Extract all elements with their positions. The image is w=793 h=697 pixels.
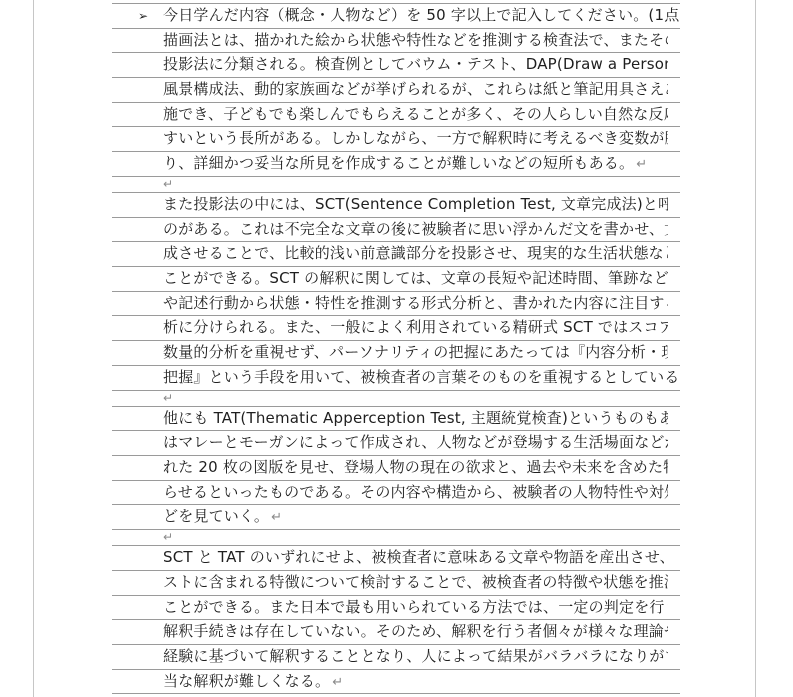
document-line[interactable]: 成させることで、比較的浅い前意識部分を投影させ、現実的な生活状態などを見る	[112, 242, 680, 267]
document-line[interactable]: ことができる。また日本で最も用いられている方法では、一定の判定を行うための	[112, 596, 680, 621]
document-line[interactable]: り、詳細かつ妥当な所見を作成することが難しいなどの短所もある。↵	[112, 152, 680, 177]
line-text: 投影法に分類される。検査例としてバウム・テスト、DAP(Draw a Perso…	[163, 53, 668, 76]
line-text: のがある。これは不完全な文章の後に被験者に思い浮かんだ文を書かせ、文章を完	[163, 218, 668, 241]
document-line[interactable]: れた 20 枚の図版を見せ、登場人物の現在の欲求と、過去や未来を含めた物語を語	[112, 456, 680, 481]
document-line[interactable]: SCT と TAT のいずれにせよ、被検査者に意味ある文章や物語を産出させ、その…	[112, 546, 680, 571]
return-mark-icon: ↵	[636, 157, 647, 172]
line-text: や記述行動から状態・特性を推測する形式分析と、書かれた内容に注目する内容分	[163, 292, 668, 315]
line-text: SCT と TAT のいずれにせよ、被検査者に意味ある文章や物語を産出させ、その…	[163, 546, 668, 569]
line-text: 数量的分析を重視せず、パーソナリティの把握にあたっては『内容分析・現象学的	[163, 341, 668, 364]
document-line[interactable]: 解釈手続きは存在していない。そのため、解釈を行う者個々が様々な理論や観点、	[112, 620, 680, 645]
document-line[interactable]: 他にも TAT(Thematic Apperception Test, 主題統覚…	[112, 407, 680, 432]
line-text: 他にも TAT(Thematic Apperception Test, 主題統覚…	[163, 407, 668, 430]
return-mark-icon: ↵	[163, 530, 173, 544]
line-text: ストに含まれる特徴について検討することで、被検査者の特徴や状態を推測する	[163, 571, 668, 594]
document-line[interactable]: 経験に基づいて解釈することとなり、人によって結果がバラバラになりがちで、妥	[112, 645, 680, 670]
empty-line[interactable]: ↵	[112, 530, 680, 546]
line-text: 施でき、子どもでも楽しんでもらえることが多く、その人らしい自然な反応が出や	[163, 103, 668, 126]
line-text: 当な解釈が難しくなる。	[163, 670, 330, 693]
return-mark-icon: ↵	[332, 675, 343, 690]
line-text: どを見ていく。	[163, 505, 269, 528]
line-text: 今日学んだ内容（概念・人物など）を 50 字以上で記入してください。(1点)	[163, 4, 680, 27]
line-text: らせるといったものである。その内容や構造から、被験者の人物特性や対処法略な	[163, 481, 668, 504]
line-text: はマレーとモーガンによって作成され、人物などが登場する生活場面などが描か	[163, 431, 668, 454]
document-line[interactable]: 把握』という手段を用いて、被検査者の言葉そのものを重視するとしている。↵	[112, 366, 680, 391]
document-page: ➢今日学んだ内容（概念・人物など）を 50 字以上で記入してください。(1点)↵…	[0, 0, 793, 697]
document-line[interactable]: のがある。これは不完全な文章の後に被験者に思い浮かんだ文を書かせ、文章を完	[112, 218, 680, 243]
line-text: ことができる。また日本で最も用いられている方法では、一定の判定を行うための	[163, 596, 668, 619]
return-mark-icon: ↵	[163, 177, 173, 191]
document-line[interactable]: らせるといったものである。その内容や構造から、被験者の人物特性や対処法略な	[112, 481, 680, 506]
document-line-prompt[interactable]: ➢今日学んだ内容（概念・人物など）を 50 字以上で記入してください。(1点)↵	[112, 4, 680, 29]
line-text: 解釈手続きは存在していない。そのため、解釈を行う者個々が様々な理論や観点、	[163, 620, 668, 643]
line-text: 描画法とは、描かれた絵から状態や特性などを推測する検査法で、またその多くは	[163, 29, 668, 52]
left-margin-guide	[33, 0, 34, 697]
line-text: また投影法の中には、SCT(Sentence Completion Test, …	[163, 193, 668, 216]
arrow-bullet-icon: ➢	[138, 5, 148, 28]
line-text: 把握』という手段を用いて、被検査者の言葉そのものを重視するとしている。	[163, 366, 680, 389]
return-mark-icon: ↵	[163, 391, 173, 405]
document-line[interactable]: 描画法とは、描かれた絵から状態や特性などを推測する検査法で、またその多くは	[112, 29, 680, 54]
document-line[interactable]: また投影法の中には、SCT(Sentence Completion Test, …	[112, 193, 680, 218]
document-line[interactable]: ことができる。SCT の解釈に関しては、文章の長短や記述時間、筆跡などの書き方	[112, 267, 680, 292]
line-text: 経験に基づいて解釈することとなり、人によって結果がバラバラになりがちで、妥	[163, 645, 668, 668]
document-line[interactable]: すいという長所がある。しかしながら、一方で解釈時に考えるべき変数が膨大であ	[112, 127, 680, 152]
document-line[interactable]: 数量的分析を重視せず、パーソナリティの把握にあたっては『内容分析・現象学的	[112, 341, 680, 366]
document-line[interactable]: 当な解釈が難しくなる。↵	[112, 670, 680, 695]
text-body: ➢今日学んだ内容（概念・人物など）を 50 字以上で記入してください。(1点)↵…	[112, 3, 680, 694]
document-line[interactable]: ストに含まれる特徴について検討することで、被検査者の特徴や状態を推測する	[112, 571, 680, 596]
document-line[interactable]: 投影法に分類される。検査例としてバウム・テスト、DAP(Draw a Perso…	[112, 53, 680, 78]
document-line[interactable]: 風景構成法、動的家族画などが挙げられるが、これらは紙と筆記用具さえあれば実	[112, 78, 680, 103]
empty-line[interactable]: ↵	[112, 391, 680, 407]
document-line[interactable]: や記述行動から状態・特性を推測する形式分析と、書かれた内容に注目する内容分	[112, 292, 680, 317]
line-text: ことができる。SCT の解釈に関しては、文章の長短や記述時間、筆跡などの書き方	[163, 267, 668, 290]
line-text: れた 20 枚の図版を見せ、登場人物の現在の欲求と、過去や未来を含めた物語を語	[163, 456, 668, 479]
document-line[interactable]: はマレーとモーガンによって作成され、人物などが登場する生活場面などが描か	[112, 431, 680, 456]
right-margin-guide	[755, 0, 756, 697]
empty-line[interactable]: ↵	[112, 177, 680, 193]
line-text: 成させることで、比較的浅い前意識部分を投影させ、現実的な生活状態などを見る	[163, 242, 668, 265]
line-text: すいという長所がある。しかしながら、一方で解釈時に考えるべき変数が膨大であ	[163, 127, 668, 150]
line-text: 析に分けられる。また、一般によく利用されている精研式 SCT ではスコアリングや	[163, 316, 668, 339]
line-text: 風景構成法、動的家族画などが挙げられるが、これらは紙と筆記用具さえあれば実	[163, 78, 668, 101]
return-mark-icon: ↵	[271, 510, 282, 525]
line-text: り、詳細かつ妥当な所見を作成することが難しいなどの短所もある。	[163, 152, 634, 175]
document-line[interactable]: どを見ていく。↵	[112, 505, 680, 530]
document-line[interactable]: 施でき、子どもでも楽しんでもらえることが多く、その人らしい自然な反応が出や	[112, 103, 680, 128]
document-line[interactable]: 析に分けられる。また、一般によく利用されている精研式 SCT ではスコアリングや	[112, 316, 680, 341]
